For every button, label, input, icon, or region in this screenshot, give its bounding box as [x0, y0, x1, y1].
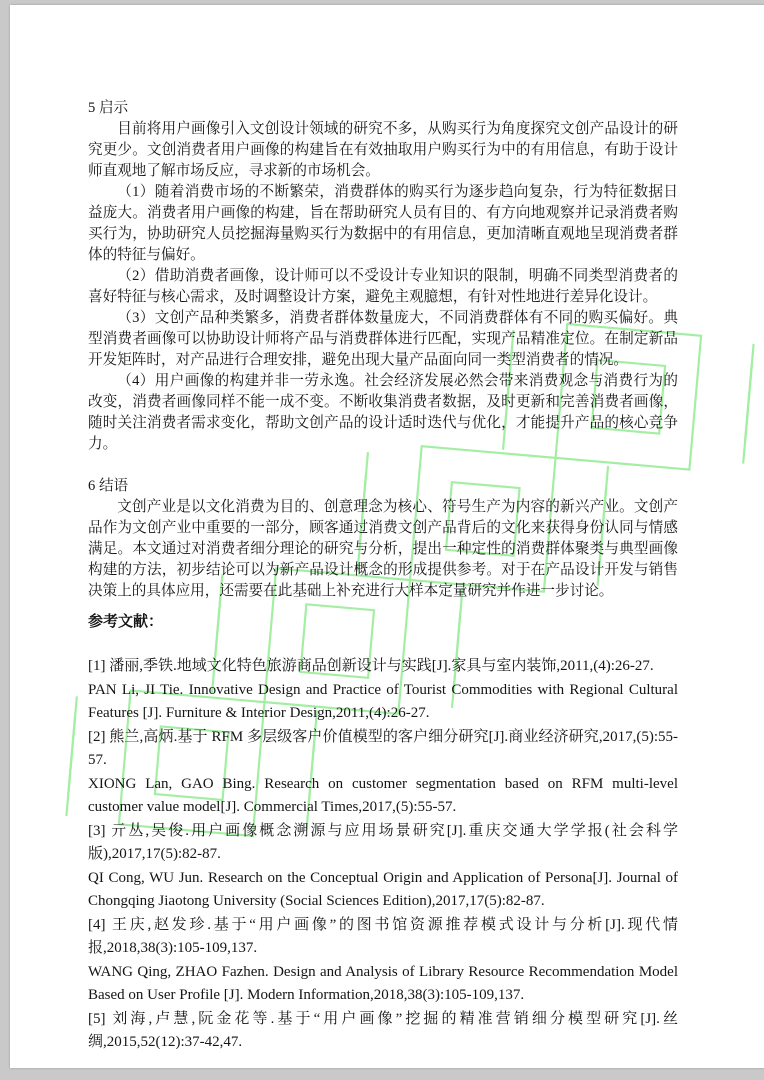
- paragraph: （3）文创产品种类繁多，消费者群体数量庞大，不同消费群体有不同的购买偏好。典型消…: [88, 308, 678, 371]
- document-page: 5 启示 目前将用户画像引入文创设计领域的研究不多，从购买行为角度探究文创产品设…: [10, 5, 764, 1068]
- desktop-background: { "watermark": { "color": "#8deb8d" }, "…: [0, 0, 764, 1080]
- section-heading-5: 5 启示: [88, 98, 678, 119]
- reference-zh: [3] 亓丛,吴俊.用户画像概念溯源与应用场景研究[J].重庆交通大学学报(社会…: [88, 820, 678, 867]
- references-heading: 参考文献：: [88, 612, 678, 633]
- paragraph: （1）随着消费市场的不断繁荣，消费群体的购买行为逐步趋向复杂，行为特征数据日益庞…: [88, 182, 678, 266]
- reference-en: QI Cong, WU Jun. Research on the Concept…: [88, 867, 678, 914]
- section-heading-6: 6 结语: [88, 476, 678, 497]
- page-content: 5 启示 目前将用户画像引入文创设计领域的研究不多，从购买行为角度探究文创产品设…: [10, 5, 764, 1055]
- reference-zh: [4] 王庆,赵发珍.基于“用户画像”的图书馆资源推荐模式设计与分析[J].现代…: [88, 914, 678, 961]
- paragraph: 目前将用户画像引入文创设计领域的研究不多，从购买行为角度探究文创产品设计的研究更…: [88, 119, 678, 182]
- reference-en: WANG Qing, ZHAO Fazhen. Design and Analy…: [88, 961, 678, 1008]
- reference-zh: [2] 熊兰,高炳.基于 RFM 多层级客户价值模型的客户细分研究[J].商业经…: [88, 726, 678, 773]
- references-list: [1] 潘丽,季铁.地域文化特色旅游商品创新设计与实践[J].家具与室内装饰,2…: [88, 655, 678, 1055]
- paragraph: 文创产业是以文化消费为目的、创意理念为核心、符号生产为内容的新兴产业。文创产品作…: [88, 497, 678, 602]
- reference-zh: [1] 潘丽,季铁.地域文化特色旅游商品创新设计与实践[J].家具与室内装饰,2…: [88, 655, 678, 679]
- paragraph: （2）借助消费者画像，设计师可以不受设计专业知识的限制，明确不同类型消费者的喜好…: [88, 266, 678, 308]
- reference-en: PAN Li, JI Tie. Innovative Design and Pr…: [88, 679, 678, 726]
- reference-zh: [5] 刘海,卢慧,阮金花等.基于“用户画像”挖掘的精准营销细分模型研究[J].…: [88, 1008, 678, 1055]
- paragraph: （4）用户画像的构建并非一劳永逸。社会经济发展必然会带来消费观念与消费行为的改变…: [88, 371, 678, 455]
- reference-en: XIONG Lan, GAO Bing. Research on custome…: [88, 773, 678, 820]
